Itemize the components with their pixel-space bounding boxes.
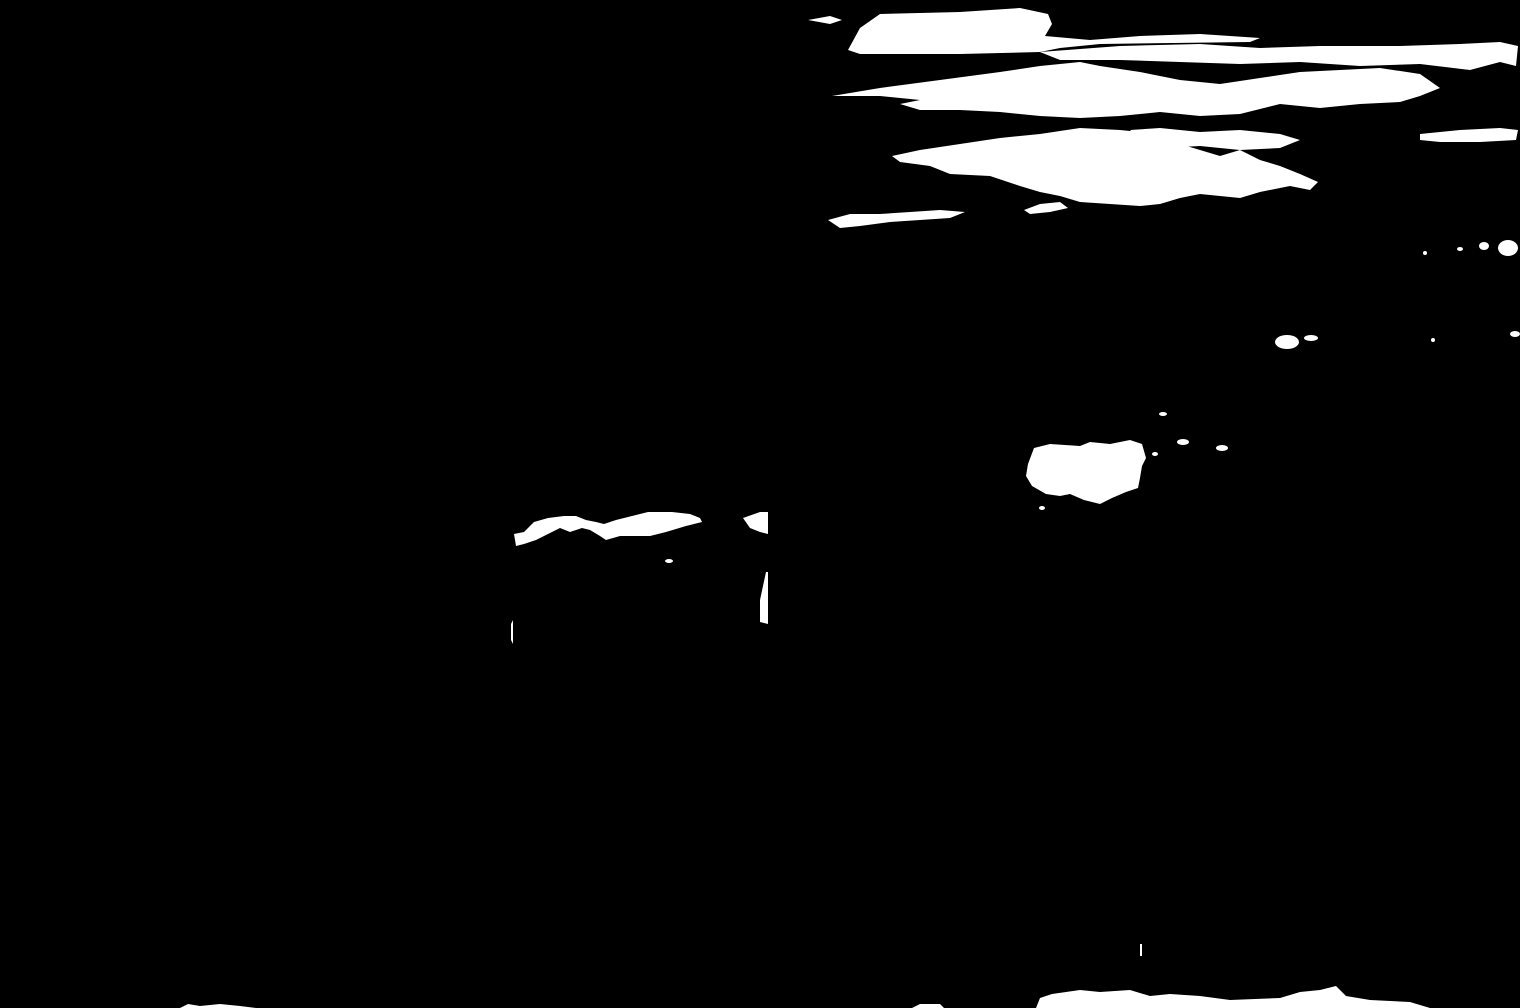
mask-region: [665, 559, 673, 563]
mask-region: [1304, 335, 1318, 341]
mask-region: [1498, 240, 1518, 256]
mask-region: [1423, 251, 1427, 255]
mask-region: [1177, 439, 1189, 445]
mask-region: [1510, 331, 1520, 337]
mask-region: [1431, 338, 1435, 342]
mask-background: [0, 0, 1520, 1008]
mask-region: [1140, 944, 1142, 956]
mask-region: [1479, 242, 1489, 250]
mask-region: [511, 620, 513, 644]
segmentation-mask: [0, 0, 1520, 1008]
mask-region: [1216, 445, 1228, 451]
mask-region: [1152, 452, 1158, 456]
mask-region: [1039, 506, 1045, 510]
mask-region: [1275, 335, 1299, 349]
mask-region: [1457, 247, 1463, 251]
mask-region: [1159, 412, 1167, 416]
